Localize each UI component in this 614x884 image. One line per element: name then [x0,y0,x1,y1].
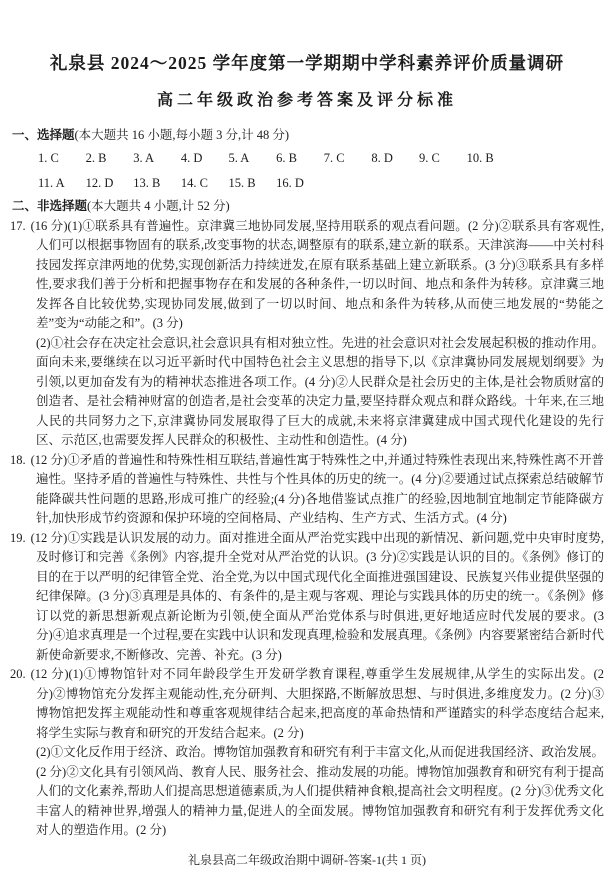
answer-item-3: 3. A [133,147,178,170]
answer-item-12: 12. D [86,172,131,195]
answer-text-q19: (12 分)①实践是认识发展的动力。面对推进全面从严治党实践中出现的新情况、新问… [31,531,604,662]
page-footer: 礼泉县高二年级政治期中调研-答案-1(共 1 页) [0,851,614,868]
section-2-heading-note: (本大题共 4 小题,计 52 分) [87,199,230,213]
section-1-heading: 一、选择题(本大题共 16 小题,每小题 3 分,计 48 分) [10,126,604,146]
answer-text-q17-part2: (2)①社会存在决定社会意识,社会意识具有相对独立性。先进的社会意识对社会发展起… [36,336,604,448]
section-1-heading-title: 一、选择题 [12,128,75,142]
answer-item-1: 1. C [38,147,83,170]
answer-item-4: 4. D [181,147,226,170]
answer-item-6: 6. B [276,147,321,170]
answer-paragraph-q19: 19.(12 分)①实践是认识发展的动力。面对推进全面从严治党实践中出现的新情况… [10,529,604,666]
answer-text-q18: (12 分)①矛盾的普遍性和特殊性相互联结,普遍性寓于特殊性之中,并通过特殊性表… [31,453,604,526]
answer-item-7: 7. C [324,147,369,170]
section-2-heading-title: 二、非选择题 [12,199,87,213]
answer-item-10: 10. B [467,147,494,170]
question-number-18: 18. [10,453,26,467]
question-number-17: 17. [10,219,26,233]
answer-item-15: 15. B [229,172,274,195]
document-subtitle: 高二年级政治参考答案及评分标准 [10,91,604,112]
document-page: 礼泉县 2024～2025 学年度第一学期期中学科素养评价质量调研 高二年级政治… [0,0,614,884]
answer-paragraph-q17-part1: 17.(16 分)(1)①联系具有普遍性。京津冀三地协同发展,坚持用联系的观点看… [10,217,604,334]
answer-item-2: 2. B [86,147,131,170]
answer-item-11: 11. A [38,172,83,195]
answer-text-q17-part1: (16 分)(1)①联系具有普遍性。京津冀三地协同发展,坚持用联系的观点看问题。… [31,219,604,331]
answer-item-5: 5. A [229,147,274,170]
document-title: 礼泉县 2024～2025 学年度第一学期期中学科素养评价质量调研 [10,52,604,75]
answer-item-14: 14. C [181,172,226,195]
answers-row-2: 11. A 12. D 13. B 14. C 15. B 16. D [38,172,604,195]
answer-item-13: 13. B [133,172,178,195]
document-body: 一、选择题(本大题共 16 小题,每小题 3 分,计 48 分) 1. C 2.… [10,126,604,841]
answer-item-16: 16. D [276,172,304,195]
answer-paragraph-q17-part2: (2)①社会存在决定社会意识,社会意识具有相对独立性。先进的社会意识对社会发展起… [10,334,604,451]
answer-paragraph-q20-part1: 20.(12 分)(1)①博物馆针对不同年龄段学生开发研学教育课程,尊重学生发展… [10,665,604,743]
answer-paragraph-q18: 18.(12 分)①矛盾的普遍性和特殊性相互联结,普遍性寓于特殊性之中,并通过特… [10,451,604,529]
answer-item-8: 8. D [371,147,416,170]
answers-row-1: 1. C 2. B 3. A 4. D 5. A 6. B 7. C 8. D … [38,147,604,170]
section-2-heading: 二、非选择题(本大题共 4 小题,计 52 分) [10,197,604,217]
answer-paragraph-q20-part2: (2)①文化反作用于经济、政治。博物馆加强教育和研究有利于丰富文化,从而促进我国… [10,743,604,841]
question-number-20: 20. [10,667,26,681]
answer-item-9: 9. C [419,147,464,170]
answer-text-q20-part2: (2)①文化反作用于经济、政治。博物馆加强教育和研究有利于丰富文化,从而促进我国… [36,745,604,837]
answer-text-q20-part1: (12 分)(1)①博物馆针对不同年龄段学生开发研学教育课程,尊重学生发展规律,… [31,667,604,740]
section-1-heading-note: (本大题共 16 小题,每小题 3 分,计 48 分) [75,128,290,142]
question-number-19: 19. [10,531,26,545]
